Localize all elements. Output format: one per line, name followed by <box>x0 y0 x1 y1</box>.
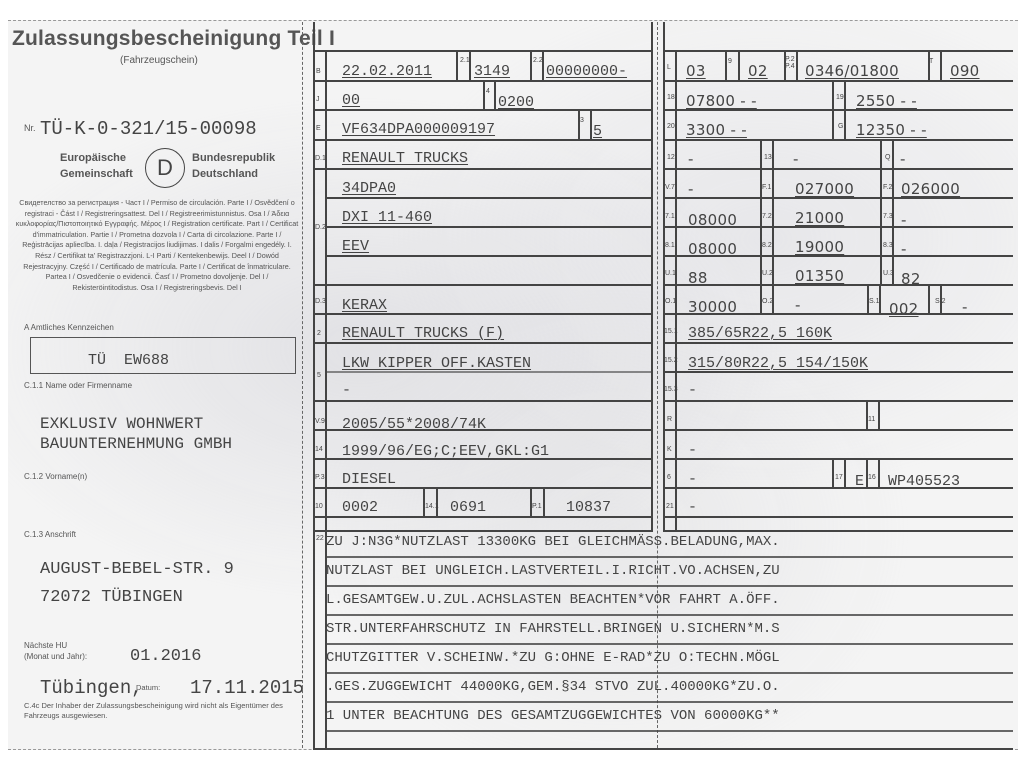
field-10-fuel-code: 0002 <box>342 499 378 516</box>
remark-line: NUTZLAST BEI UNGLEICH.LASTVERTEIL.I.RICH… <box>326 563 780 579</box>
document-number: TÜ-K-0-321/15-00098 <box>40 118 257 140</box>
row-divider <box>313 342 651 344</box>
field-code: L <box>667 64 671 71</box>
row-divider <box>663 313 1013 315</box>
cell-divider <box>530 50 532 80</box>
country-label-line2: Deutschland <box>192 166 275 182</box>
row-divider <box>313 487 651 489</box>
field-d2-type-line3: EEV <box>342 238 369 255</box>
field-21-other: - <box>688 499 697 516</box>
row-divider <box>313 748 1013 750</box>
field-p3-fuel-type: DIESEL <box>342 471 396 488</box>
field-code: Q <box>885 154 890 161</box>
row-divider <box>663 487 1013 489</box>
cell-divider <box>832 80 834 139</box>
row-divider <box>663 255 1013 257</box>
cell-divider <box>725 50 727 80</box>
kennzeichen-value: TÜ EW688 <box>88 352 169 369</box>
field-j-vehicle-class: 00 <box>342 92 360 109</box>
field-code: 2 <box>317 330 321 337</box>
field-code: 21 <box>666 503 674 510</box>
field-code: 10 <box>315 503 323 510</box>
field-code: R <box>667 416 672 423</box>
field-g-empty-weight: 12350 - - <box>856 121 927 139</box>
field-f1-max-mass: 027000 <box>795 180 854 198</box>
field-code: D.3 <box>315 298 326 305</box>
row-divider <box>663 197 1013 199</box>
row-divider <box>325 643 1013 645</box>
row-divider <box>325 255 651 257</box>
field-code: 7.2 <box>762 213 772 220</box>
row-divider <box>313 80 651 82</box>
field-15-2-tires-axle2: 315/80R22,5 154/150K <box>688 355 868 372</box>
cell-divider <box>867 284 869 313</box>
field-2-manufacturer: RENAULT TRUCKS (F) <box>342 325 504 342</box>
translations-text: Свидетелство за регистрация - Част I / P… <box>14 198 300 293</box>
field-code: U.1 <box>665 270 676 277</box>
field-code: 11 <box>868 416 875 423</box>
field-2-1-manufacturer-code: 3149 <box>474 63 510 80</box>
name-label: C.1.1 Name oder Firmenname <box>24 381 132 390</box>
cell-divider <box>738 50 740 80</box>
remark-line: 1 UNTER BEACHTUNG DES GESAMTZUGGEWICHTES… <box>326 708 780 724</box>
next-inspection-label-line1: Nächste HU <box>24 640 87 651</box>
field-code: 20 <box>667 123 675 130</box>
field-p2-p4-power-rpm: 0346/01800 <box>805 62 899 80</box>
cell-divider <box>892 139 894 284</box>
row-divider <box>663 342 1013 344</box>
field-code: P.3 <box>315 474 325 481</box>
field-code: F.2 <box>883 184 892 191</box>
field-t-max-speed: 090 <box>950 62 980 80</box>
field-14-1-emission-code: 0691 <box>450 499 486 516</box>
field-code: 6 <box>667 474 671 481</box>
field-l-axles: 03 <box>686 62 706 80</box>
field-code: 5 <box>317 372 321 379</box>
row-divider <box>325 556 1013 558</box>
field-code: O.1 <box>665 298 676 305</box>
row-divider <box>313 516 651 518</box>
address-line1: AUGUST-BEBEL-STR. 9 <box>40 560 234 579</box>
field-code: 7.1 <box>665 213 675 220</box>
field-q-power-weight: - <box>900 150 906 168</box>
field-code: 17 <box>835 474 843 481</box>
holder-name-line2: BAUUNTERNEHMUNG GMBH <box>40 434 232 454</box>
field-3-check-digit: 5 <box>593 123 602 140</box>
row-divider <box>663 516 1013 518</box>
cell-divider <box>530 487 532 516</box>
column-divider <box>651 22 653 532</box>
field-f2-permitted-mass: 026000 <box>901 180 960 198</box>
row-divider <box>313 530 651 532</box>
field-code: E <box>316 125 321 132</box>
row-divider <box>313 139 651 141</box>
cell-divider <box>928 50 930 80</box>
row-divider <box>663 530 1013 532</box>
cell-divider <box>772 139 774 313</box>
field-code: 18 <box>667 94 675 101</box>
row-divider <box>325 226 651 228</box>
document-number-label: Nr. <box>24 123 36 133</box>
row-divider <box>663 80 1013 82</box>
row-divider <box>663 429 1013 431</box>
field-code: 22 <box>316 535 324 542</box>
cell-divider <box>494 80 496 109</box>
next-inspection-label-line2: (Monat und Jahr): <box>24 651 87 662</box>
cell-divider <box>590 109 592 139</box>
row-divider <box>313 168 651 170</box>
kennzeichen-label: A Amtliches Kennzeichen <box>24 323 114 332</box>
row-divider <box>325 730 1013 732</box>
field-5-vehicle-type-line2: - <box>342 382 351 399</box>
field-o2-unbraked-trailer: - <box>795 296 801 314</box>
row-divider <box>325 672 1013 674</box>
cell-divider <box>866 458 868 487</box>
cell-divider <box>878 400 880 429</box>
field-6-approval-date: - <box>688 471 697 488</box>
cell-divider <box>423 487 425 516</box>
row-divider <box>663 371 1013 373</box>
address-label: C.1.3 Anschrift <box>24 530 76 539</box>
field-18-length: 07800 - - <box>686 92 757 110</box>
field-u2-engine-speed: 01350 <box>795 267 844 285</box>
row-divider <box>325 614 1013 616</box>
row-divider <box>325 197 651 199</box>
field-code: P.2 P.4 <box>785 56 795 70</box>
cell-divider <box>844 458 846 487</box>
field-d1-make: RENAULT TRUCKS <box>342 150 468 167</box>
field-5-vehicle-type-line1: LKW KIPPER OFF.KASTEN <box>342 355 531 372</box>
column-divider <box>663 22 665 532</box>
cell-divider <box>784 50 786 80</box>
remark-line: .GES.ZUGGEWICHT 44000KG,GEM.§34 STVO ZUL… <box>326 679 780 695</box>
field-code: 12 <box>667 154 675 161</box>
field-b-first-registration: 22.02.2011 <box>342 63 432 80</box>
owner-disclaimer: C.4c Der Inhaber der Zulassungsbescheini… <box>24 701 304 721</box>
address-line2: 72072 TÜBINGEN <box>40 588 183 607</box>
next-inspection-value: 01.2016 <box>130 647 201 666</box>
row-divider <box>663 226 1013 228</box>
row-divider <box>663 400 1013 402</box>
field-d2-type-line1: 34DPA0 <box>342 180 396 197</box>
field-s1-seats: 002 <box>889 300 919 318</box>
field-code: S.1 <box>869 298 880 305</box>
next-inspection-label: Nächste HU (Monat und Jahr): <box>24 640 87 662</box>
row-divider <box>663 284 1013 286</box>
country-label: Bundesrepublik Deutschland <box>192 150 275 182</box>
field-p1-displacement: 10837 <box>566 499 611 516</box>
cell-divider <box>469 50 471 80</box>
row-divider <box>325 701 1013 703</box>
row-divider <box>325 371 651 373</box>
field-code: 4 <box>486 88 490 95</box>
row-divider <box>663 109 1013 111</box>
field-code: V.7 <box>665 184 675 191</box>
field-code: 13 <box>764 154 772 161</box>
field-code: V.9 <box>315 418 325 425</box>
column-divider <box>313 22 315 748</box>
field-19-width: 2550 - - <box>856 92 917 110</box>
field-13-support-load: - <box>793 150 799 168</box>
field-k-type-approval: - <box>688 442 697 459</box>
issue-date: 17.11.2015 <box>190 677 304 699</box>
row-divider <box>313 458 651 460</box>
field-7-2-axle2-load: 21000 <box>795 209 844 227</box>
cell-divider <box>866 400 868 429</box>
cell-divider <box>940 50 942 80</box>
field-code: K <box>667 446 672 453</box>
row-divider <box>313 313 651 315</box>
field-code: 3 <box>580 117 584 124</box>
field-code: J <box>316 96 320 103</box>
issue-city: Tübingen, <box>40 677 143 699</box>
field-code: D.1 <box>315 155 326 162</box>
cell-divider <box>879 284 881 313</box>
field-code: 8.2 <box>762 242 772 249</box>
field-code: 15.3 <box>664 386 678 393</box>
field-15-1-tires-axle1: 385/65R22,5 160K <box>688 325 832 342</box>
eu-label: Europäische Gemeinschaft <box>60 150 133 182</box>
field-e-vin: VF634DPA000009197 <box>342 121 495 138</box>
cell-divider <box>483 80 485 109</box>
cell-divider <box>578 109 580 139</box>
row-divider <box>663 139 1013 141</box>
document-subtitle: (Fahrzeugschein) <box>120 55 198 66</box>
cell-divider <box>760 139 762 313</box>
cell-divider <box>832 458 834 487</box>
field-code: F.1 <box>762 184 771 191</box>
fold-line <box>657 22 658 748</box>
field-code: 19 <box>836 94 844 101</box>
field-2-2-type-code: 00000000- <box>546 63 627 80</box>
field-code: G <box>838 123 843 130</box>
row-divider <box>313 284 651 286</box>
field-d2-type-line2: DXI 11-460 <box>342 209 432 226</box>
cell-divider <box>796 50 798 80</box>
cell-divider <box>844 80 846 139</box>
cell-divider <box>456 50 458 80</box>
field-20-height: 3300 - - <box>686 121 747 139</box>
cell-divider <box>928 284 930 313</box>
field-15-3-tires-axle3: - <box>688 382 697 399</box>
row-divider <box>313 429 651 431</box>
row-divider <box>663 168 1013 170</box>
remark-line: L.GESAMTGEW.U.ZUL.ACHSLASTEN BEACHTEN*VO… <box>326 592 780 608</box>
cell-divider <box>436 487 438 516</box>
eu-label-line2: Gemeinschaft <box>60 166 133 182</box>
cell-divider <box>878 458 880 487</box>
holder-name-line1: EXKLUSIV WOHNWERT <box>40 414 203 434</box>
cell-divider <box>325 530 327 748</box>
field-code: 15.2 <box>664 357 678 364</box>
country-label-line1: Bundesrepublik <box>192 150 275 166</box>
row-divider <box>663 458 1013 460</box>
row-divider <box>663 50 1013 52</box>
fold-line <box>302 22 303 748</box>
field-code: 14 <box>315 446 323 453</box>
cell-divider <box>940 284 942 313</box>
cell-divider <box>880 139 882 284</box>
row-divider <box>313 50 651 52</box>
field-code: T <box>929 58 933 65</box>
remark-line: ZU J:N3G*NUTZLAST 13300KG BEI GLEICHMÄSS… <box>326 534 780 550</box>
field-code: 9 <box>728 58 732 65</box>
field-12-tank-volume: - <box>688 150 694 168</box>
vorname-label: C.1.2 Vorname(n) <box>24 472 87 481</box>
issue-date-label: Datum: <box>136 683 160 692</box>
row-divider <box>325 585 1013 587</box>
eu-label-line1: Europäische <box>60 150 133 166</box>
row-divider <box>313 109 651 111</box>
row-divider <box>313 400 651 402</box>
field-code: 15.1 <box>664 328 678 335</box>
field-code: 16 <box>868 474 876 481</box>
cell-divider <box>543 487 545 516</box>
field-code: 8.1 <box>665 242 675 249</box>
field-8-2-axle2-perm: 19000 <box>795 238 844 256</box>
field-d3-commercial-name: KERAX <box>342 297 387 314</box>
field-v7-co2: - <box>688 180 694 198</box>
field-code: P.1 <box>532 503 542 510</box>
cell-divider <box>542 50 544 80</box>
country-emblem-icon: D <box>145 148 185 188</box>
remark-line: CHUTZGITTER V.SCHEINW.*ZU G:OHNE E-RAD*Z… <box>326 650 780 666</box>
document-title: Zulassungsbescheinigung Teil I <box>12 27 335 51</box>
field-code: B <box>316 68 321 75</box>
field-9-drive-axles: 02 <box>748 62 768 80</box>
remark-line: STR.UNTERFAHRSCHUTZ IN FAHRSTELL.BRINGEN… <box>326 621 780 637</box>
